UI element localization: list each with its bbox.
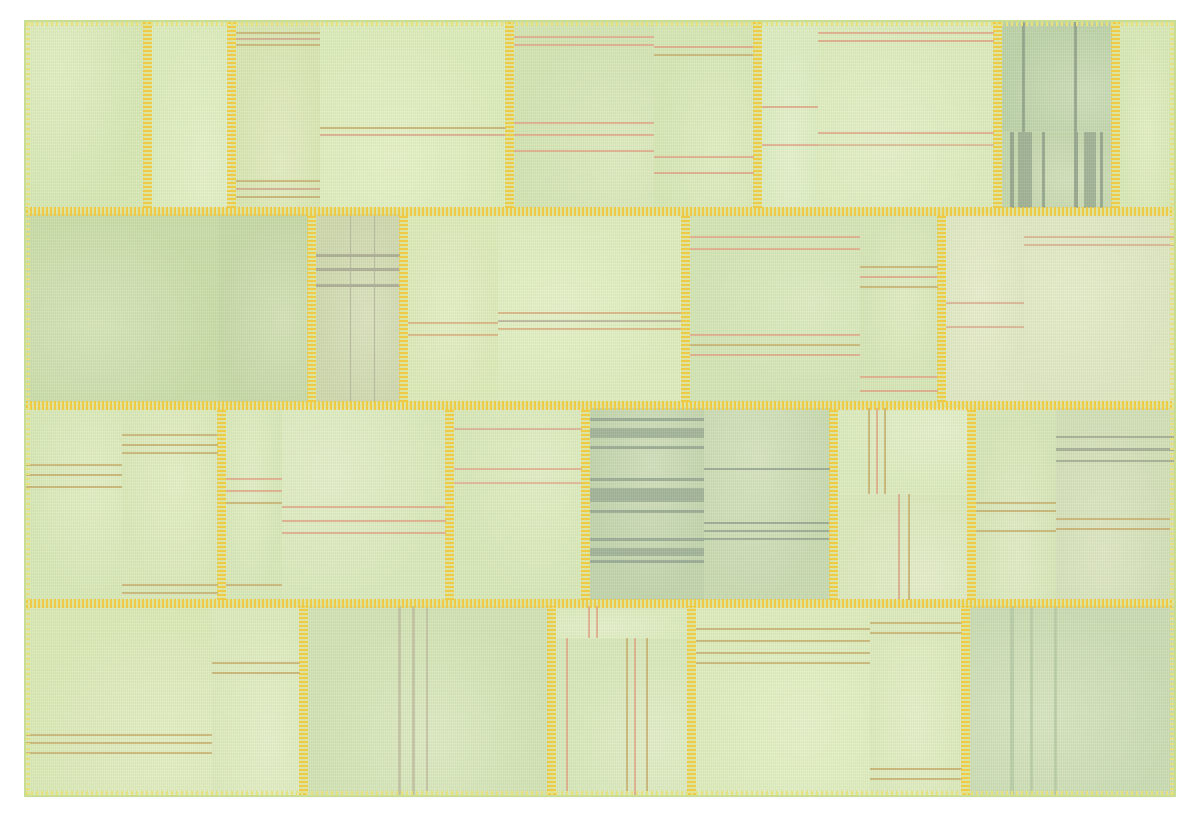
patch-stripe <box>870 778 962 780</box>
rug-patch <box>590 408 704 600</box>
stitched-seam-vertical <box>993 22 1002 208</box>
stitched-seam-horizontal <box>26 599 1174 608</box>
patch-stripe <box>690 248 860 250</box>
rug-patch <box>308 606 548 795</box>
rug-patch <box>122 408 218 600</box>
stitched-seam-horizontal <box>26 207 1174 216</box>
patch-stripe <box>374 214 375 402</box>
stitched-seam-vertical <box>829 408 838 600</box>
patch-stripe <box>946 302 1024 304</box>
stitched-seam-vertical <box>967 408 976 600</box>
patch-stripe <box>26 486 122 488</box>
rug-patch <box>498 214 682 402</box>
patch-stripe <box>860 286 938 288</box>
rug-patch <box>26 22 144 208</box>
patch-stripe <box>26 752 212 754</box>
patch-stripe <box>876 408 878 494</box>
patch-stripe <box>590 538 704 541</box>
rug-patch <box>26 408 122 600</box>
patch-stripe <box>690 344 860 346</box>
patch-stripe <box>884 408 886 494</box>
patch-stripe <box>654 172 754 174</box>
patch-stripe <box>1054 606 1057 795</box>
patch-stripe <box>1056 448 1174 451</box>
rug-patch <box>282 408 446 600</box>
patch-stripe <box>1022 22 1025 132</box>
stitched-seam-vertical <box>961 606 970 795</box>
patch-stripe <box>426 606 428 795</box>
patch-stripe <box>860 376 938 378</box>
stitched-seam-vertical <box>681 214 690 402</box>
rug-patch <box>408 214 498 402</box>
patch-stripe <box>762 106 818 108</box>
patch-stripe <box>596 606 598 638</box>
patch-stripe <box>860 390 938 392</box>
rug-patch <box>1002 22 1112 132</box>
patch-stripe <box>498 320 682 322</box>
patch-stripe <box>236 180 320 182</box>
patch-stripe <box>514 44 654 46</box>
patch-stripe <box>1056 518 1174 520</box>
patchwork-rug <box>26 22 1174 795</box>
patch-stripe <box>236 188 320 190</box>
patch-stripe <box>870 622 962 624</box>
rug-patch <box>860 214 938 402</box>
stitched-seam-vertical <box>505 22 514 208</box>
rug-patch <box>556 606 688 638</box>
patch-stripe <box>398 606 401 795</box>
stitched-seam-vertical <box>445 408 454 600</box>
patch-stripe <box>976 510 1056 512</box>
rug-patch <box>1024 214 1174 402</box>
rug-patch <box>556 638 688 795</box>
patch-stripe <box>226 490 282 492</box>
patch-stripe <box>514 150 654 152</box>
rug-patch <box>946 214 1024 402</box>
rug-edge-top <box>26 22 1174 26</box>
patch-stripe <box>690 354 860 356</box>
patch-stripe <box>282 520 446 522</box>
patch-stripe <box>236 32 320 34</box>
stitched-seam-vertical <box>299 606 308 795</box>
patch-stripe <box>26 734 212 736</box>
patch-stripe <box>408 322 498 324</box>
patch-stripe <box>1024 236 1174 238</box>
rug-patch <box>870 606 962 795</box>
patch-stripe <box>1010 606 1014 795</box>
patch-stripe <box>282 532 446 534</box>
patch-stripe <box>122 584 218 586</box>
rug-patch <box>320 22 506 208</box>
patch-stripe <box>1056 436 1174 438</box>
patch-stripe <box>654 54 754 56</box>
patch-stripe <box>696 652 870 654</box>
patch-stripe <box>1056 460 1174 462</box>
patch-stripe <box>654 156 754 158</box>
patch-stripe <box>696 628 870 630</box>
patch-stripe <box>122 452 218 454</box>
stitched-seam-vertical <box>227 22 236 208</box>
patch-stripe <box>316 254 400 257</box>
patch-stripe <box>762 144 818 146</box>
patch-stripe <box>818 144 994 146</box>
rug-patch <box>704 408 830 600</box>
patch-stripe <box>26 474 122 476</box>
patch-stripe <box>454 482 582 484</box>
patch-stripe <box>412 606 415 795</box>
patch-stripe <box>870 632 962 634</box>
patch-stripe <box>588 606 590 638</box>
patch-stripe <box>408 334 498 336</box>
patch-stripe <box>454 468 582 470</box>
patch-stripe <box>860 276 938 278</box>
patch-stripe <box>704 522 830 524</box>
patch-stripe <box>566 638 568 795</box>
patch-stripe <box>1084 132 1096 208</box>
patch-stripe <box>860 266 938 268</box>
patch-stripe <box>908 494 910 600</box>
patch-stripe <box>590 446 704 449</box>
patch-stripe <box>226 584 282 586</box>
rug-patch <box>762 22 818 208</box>
patch-stripe <box>236 38 320 40</box>
patch-stripe <box>690 334 860 336</box>
patch-stripe <box>316 268 400 271</box>
patch-stripe <box>316 284 400 287</box>
patch-stripe <box>350 214 351 402</box>
rug-patch <box>838 408 968 494</box>
rug-patch <box>152 22 232 208</box>
rug-patch <box>218 214 308 402</box>
patch-stripe <box>514 134 654 136</box>
patch-stripe <box>690 236 860 238</box>
stitched-seam-vertical <box>753 22 762 208</box>
patch-stripe <box>704 538 830 540</box>
patch-stripe <box>704 530 830 532</box>
patch-stripe <box>320 134 506 136</box>
patch-stripe <box>818 32 994 34</box>
rug-patch <box>226 408 282 600</box>
rug-patch <box>690 214 860 402</box>
patch-stripe <box>26 742 212 744</box>
patch-stripe <box>590 510 704 513</box>
stitched-seam-vertical <box>937 214 946 402</box>
patch-stripe <box>1100 132 1103 208</box>
rug-patch <box>970 606 1174 795</box>
patch-stripe <box>1018 132 1032 208</box>
rug-patch <box>838 494 968 600</box>
stitched-seam-horizontal <box>26 401 1174 410</box>
patch-stripe <box>626 638 628 795</box>
patch-stripe <box>26 464 122 466</box>
patch-stripe <box>1010 132 1014 208</box>
stitched-seam-vertical <box>581 408 590 600</box>
patch-stripe <box>704 468 830 470</box>
patch-stripe <box>1024 244 1174 246</box>
patch-stripe <box>646 638 648 795</box>
patch-stripe <box>226 478 282 480</box>
rug-patch <box>818 22 994 208</box>
patch-stripe <box>320 127 506 129</box>
patch-stripe <box>818 40 994 42</box>
patch-stripe <box>122 444 218 446</box>
patch-stripe <box>946 326 1024 328</box>
patch-stripe <box>654 46 754 48</box>
patch-stripe <box>122 434 218 436</box>
patch-stripe <box>212 662 300 664</box>
patch-stripe <box>590 560 704 563</box>
patch-stripe <box>1056 528 1174 530</box>
rug-patch <box>454 408 582 600</box>
rug-patch <box>696 606 870 795</box>
rug-patch <box>976 408 1056 600</box>
patch-stripe <box>590 418 704 421</box>
stitched-seam-vertical <box>547 606 556 795</box>
patch-stripe <box>236 196 320 198</box>
patch-stripe <box>282 506 446 508</box>
rug-patch <box>654 22 754 208</box>
patch-stripe <box>514 36 654 38</box>
patch-stripe <box>590 488 704 502</box>
patch-stripe <box>226 502 282 504</box>
patch-stripe <box>498 328 682 330</box>
rug-edge-left <box>26 22 30 795</box>
rug-patch <box>514 22 654 208</box>
patch-stripe <box>1074 22 1077 132</box>
stitched-seam-vertical <box>687 606 696 795</box>
rug-patch <box>1002 132 1112 208</box>
stitched-seam-vertical <box>217 408 226 600</box>
rug-patch <box>316 214 400 402</box>
patch-stripe <box>454 428 582 430</box>
stitched-seam-vertical <box>399 214 408 402</box>
patch-stripe <box>898 494 900 600</box>
patch-stripe <box>870 768 962 770</box>
patch-stripe <box>818 132 994 134</box>
rug-edge-right <box>1170 22 1174 795</box>
patch-stripe <box>868 408 870 494</box>
rug-patch <box>26 214 218 402</box>
patch-stripe <box>590 548 704 556</box>
patch-stripe <box>1074 132 1078 208</box>
patch-stripe <box>1030 606 1033 795</box>
rug-patch <box>236 22 320 208</box>
rug-edge-bottom <box>26 791 1174 795</box>
rug-patch <box>26 606 212 795</box>
stitched-seam-vertical <box>307 214 316 402</box>
patch-stripe <box>634 638 636 795</box>
patch-stripe <box>590 428 704 438</box>
patch-stripe <box>212 672 300 674</box>
patch-stripe <box>976 530 1056 532</box>
patch-stripe <box>122 592 218 594</box>
rug-patch <box>212 606 300 795</box>
patch-stripe <box>696 662 870 664</box>
rug-patch <box>1056 408 1174 600</box>
patch-stripe <box>514 122 654 124</box>
stitched-seam-vertical <box>143 22 152 208</box>
patch-stripe <box>1042 132 1045 208</box>
stitched-seam-vertical <box>1111 22 1120 208</box>
rug-patch <box>1120 22 1174 208</box>
patch-stripe <box>498 312 682 314</box>
patch-stripe <box>696 640 870 642</box>
patch-stripe <box>976 502 1056 504</box>
patch-stripe <box>236 44 320 46</box>
patch-stripe <box>590 478 704 481</box>
